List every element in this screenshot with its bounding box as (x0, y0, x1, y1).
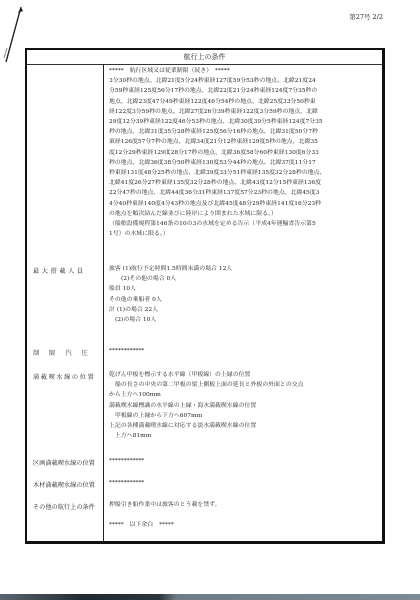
table-title: 航行上の条件 (27, 50, 382, 65)
navigation-area-text: ***** 航行区域又は従業制限（続き） ***** 3分30秒の地点、北緯21… (109, 66, 376, 239)
section-heading: ***** 航行区域又は従業制限（続き） ***** (109, 66, 376, 76)
end-of-content-marker: ***** 以下余白 ***** (109, 520, 376, 530)
scanner-edge-strip (0, 594, 420, 600)
placeholder-value: ************ (109, 456, 376, 466)
other-conditions-values: 押船引き船作業中は旅客のとう載を禁ず。 ***** 以下余白 ***** (109, 500, 376, 530)
column-divider (103, 64, 104, 541)
placeholder-value: ************ (109, 346, 376, 356)
row-label: 制限汽圧 (33, 348, 101, 357)
row-label: 区画満載喫水線の位置 (33, 458, 101, 467)
placeholder-value: ************ (109, 478, 376, 488)
conditions-table: 航行上の条件 ***** 航行区域又は従業制限（続き） ***** 3分30秒の… (25, 48, 385, 544)
row-label: 木材満載喫水線の位置 (33, 480, 101, 489)
pen-stroke-mark (2, 4, 24, 64)
load-line-values: 乾げん甲板を標示する水平線（甲板線）の上縁の位置 船の長さの中央の第二甲板の梁上… (109, 370, 376, 441)
row-label: 最大搭載人員 (33, 266, 101, 275)
page-number: 第27号 2/2 (349, 12, 383, 21)
max-persons-values: 旅客 (1)航行予定時間1.5時間未満の場合 12人 (2)その他の場合 0人 … (109, 264, 376, 325)
row-label: 満載喫水線の位置 (33, 372, 101, 381)
row-label: その他の航行上の条件 (33, 502, 101, 511)
